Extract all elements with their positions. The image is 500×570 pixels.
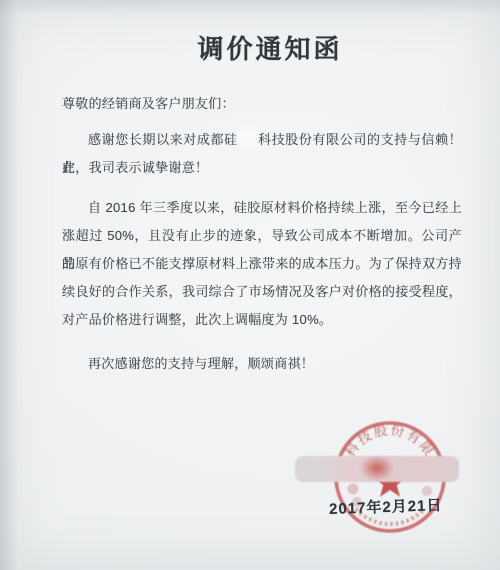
text-line: 涨超过 50%，且没有止步的迹象，导致公司成本不断增加。公司产品 bbox=[62, 222, 462, 250]
text-line: 自 2016 年三季度以来，硅胶原材料价格持续上涨，至今已经上 bbox=[62, 194, 462, 222]
text-segment: 感谢您长期以来对成都硅 bbox=[88, 132, 238, 147]
salutation-line: 尊敬的经销商及客户朋友们： bbox=[62, 90, 462, 118]
redaction-band-blotch bbox=[360, 455, 394, 481]
letter-date: 2017年2月21日 bbox=[329, 494, 443, 519]
paragraph-price-increase: 自 2016 年三季度以来，硅胶原材料价格持续上涨，至今已经上 涨超过 50%，… bbox=[62, 194, 462, 334]
text-line: 此，我司表示诚挚谢意！ bbox=[62, 154, 462, 182]
letter-photo: 调价通知函 尊敬的经销商及客户朋友们： 感谢您长期以来对成都硅科技股份有限公司的… bbox=[0, 0, 500, 570]
letter-body: 调价通知函 尊敬的经销商及客户朋友们： 感谢您长期以来对成都硅科技股份有限公司的… bbox=[0, 0, 500, 378]
text-line: 续良好的合作关系，我司综合了市场情况及客户对价格的接受程度， bbox=[62, 278, 462, 306]
text-line: 的原有价格已不能支撑原材料上涨带来的成本压力。为了保持双方持 bbox=[62, 250, 462, 278]
seal-smudge bbox=[348, 484, 359, 495]
text-line: 再次感谢您的支持与理解，顺颂商祺！ bbox=[62, 350, 462, 378]
text-line: 感谢您长期以来对成都硅科技股份有限公司的支持与信赖！在 bbox=[62, 126, 462, 154]
paragraph-closing: 再次感谢您的支持与理解，顺颂商祺！ bbox=[62, 350, 462, 378]
redaction-blur bbox=[239, 131, 257, 146]
text-line: 对产品价格进行调整，此次上调幅度为 10%。 bbox=[62, 306, 462, 334]
page-title: 调价通知函 bbox=[70, 34, 470, 64]
paragraph-thanks: 感谢您长期以来对成都硅科技股份有限公司的支持与信赖！在 此，我司表示诚挚谢意！ bbox=[62, 126, 462, 182]
